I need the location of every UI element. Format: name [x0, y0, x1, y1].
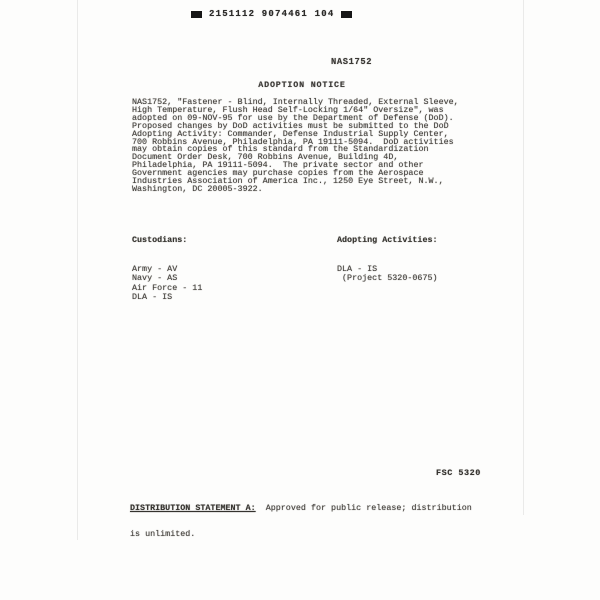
custodian-item: DLA - IS: [132, 293, 202, 303]
adopting-activities-list: DLA - IS (Project 5320-0675): [337, 265, 438, 284]
fsc-code: FSC 5320: [436, 468, 481, 478]
notice-body-paragraph: NAS1752, "Fastener - Blind, Internally T…: [132, 99, 459, 194]
custodians-list: Army - AVNavy - ASAir Force - 11DLA - IS: [132, 265, 202, 303]
page-title: ADOPTION NOTICE: [132, 80, 472, 90]
accession-stamp: 2151112 9074461 104: [191, 9, 352, 19]
distribution-statement: DISTRIBUTION STATEMENT A: Approved for p…: [130, 487, 472, 556]
document-number: NAS1752: [331, 57, 372, 67]
custodians-heading: Custodians:: [132, 236, 202, 246]
adopting-activities-section: Adopting Activities: DLA - IS (Project 5…: [337, 217, 438, 303]
scanned-document-page: 2151112 9074461 104 NAS1752 ADOPTION NOT…: [0, 0, 600, 600]
adopting-activity-item: (Project 5320-0675): [337, 274, 438, 284]
stamp-left-block-icon: [191, 11, 202, 18]
distribution-statement-line1: DISTRIBUTION STATEMENT A: Approved for p…: [130, 504, 472, 513]
body-line: Washington, DC 20005-3922.: [132, 186, 459, 194]
custodians-section: Custodians: Army - AVNavy - ASAir Force …: [132, 217, 202, 322]
adopting-activities-heading: Adopting Activities:: [337, 236, 438, 246]
adoption-notice-document: 2151112 9074461 104 NAS1752 ADOPTION NOT…: [0, 0, 600, 600]
distribution-statement-line2: is unlimited.: [130, 530, 472, 539]
distribution-statement-label: DISTRIBUTION STATEMENT A:: [130, 503, 256, 513]
stamp-right-block-icon: [341, 11, 352, 18]
distribution-statement-text: Approved for public release; distributio…: [256, 503, 472, 513]
stamp-number: 2151112 9074461 104: [209, 9, 334, 19]
